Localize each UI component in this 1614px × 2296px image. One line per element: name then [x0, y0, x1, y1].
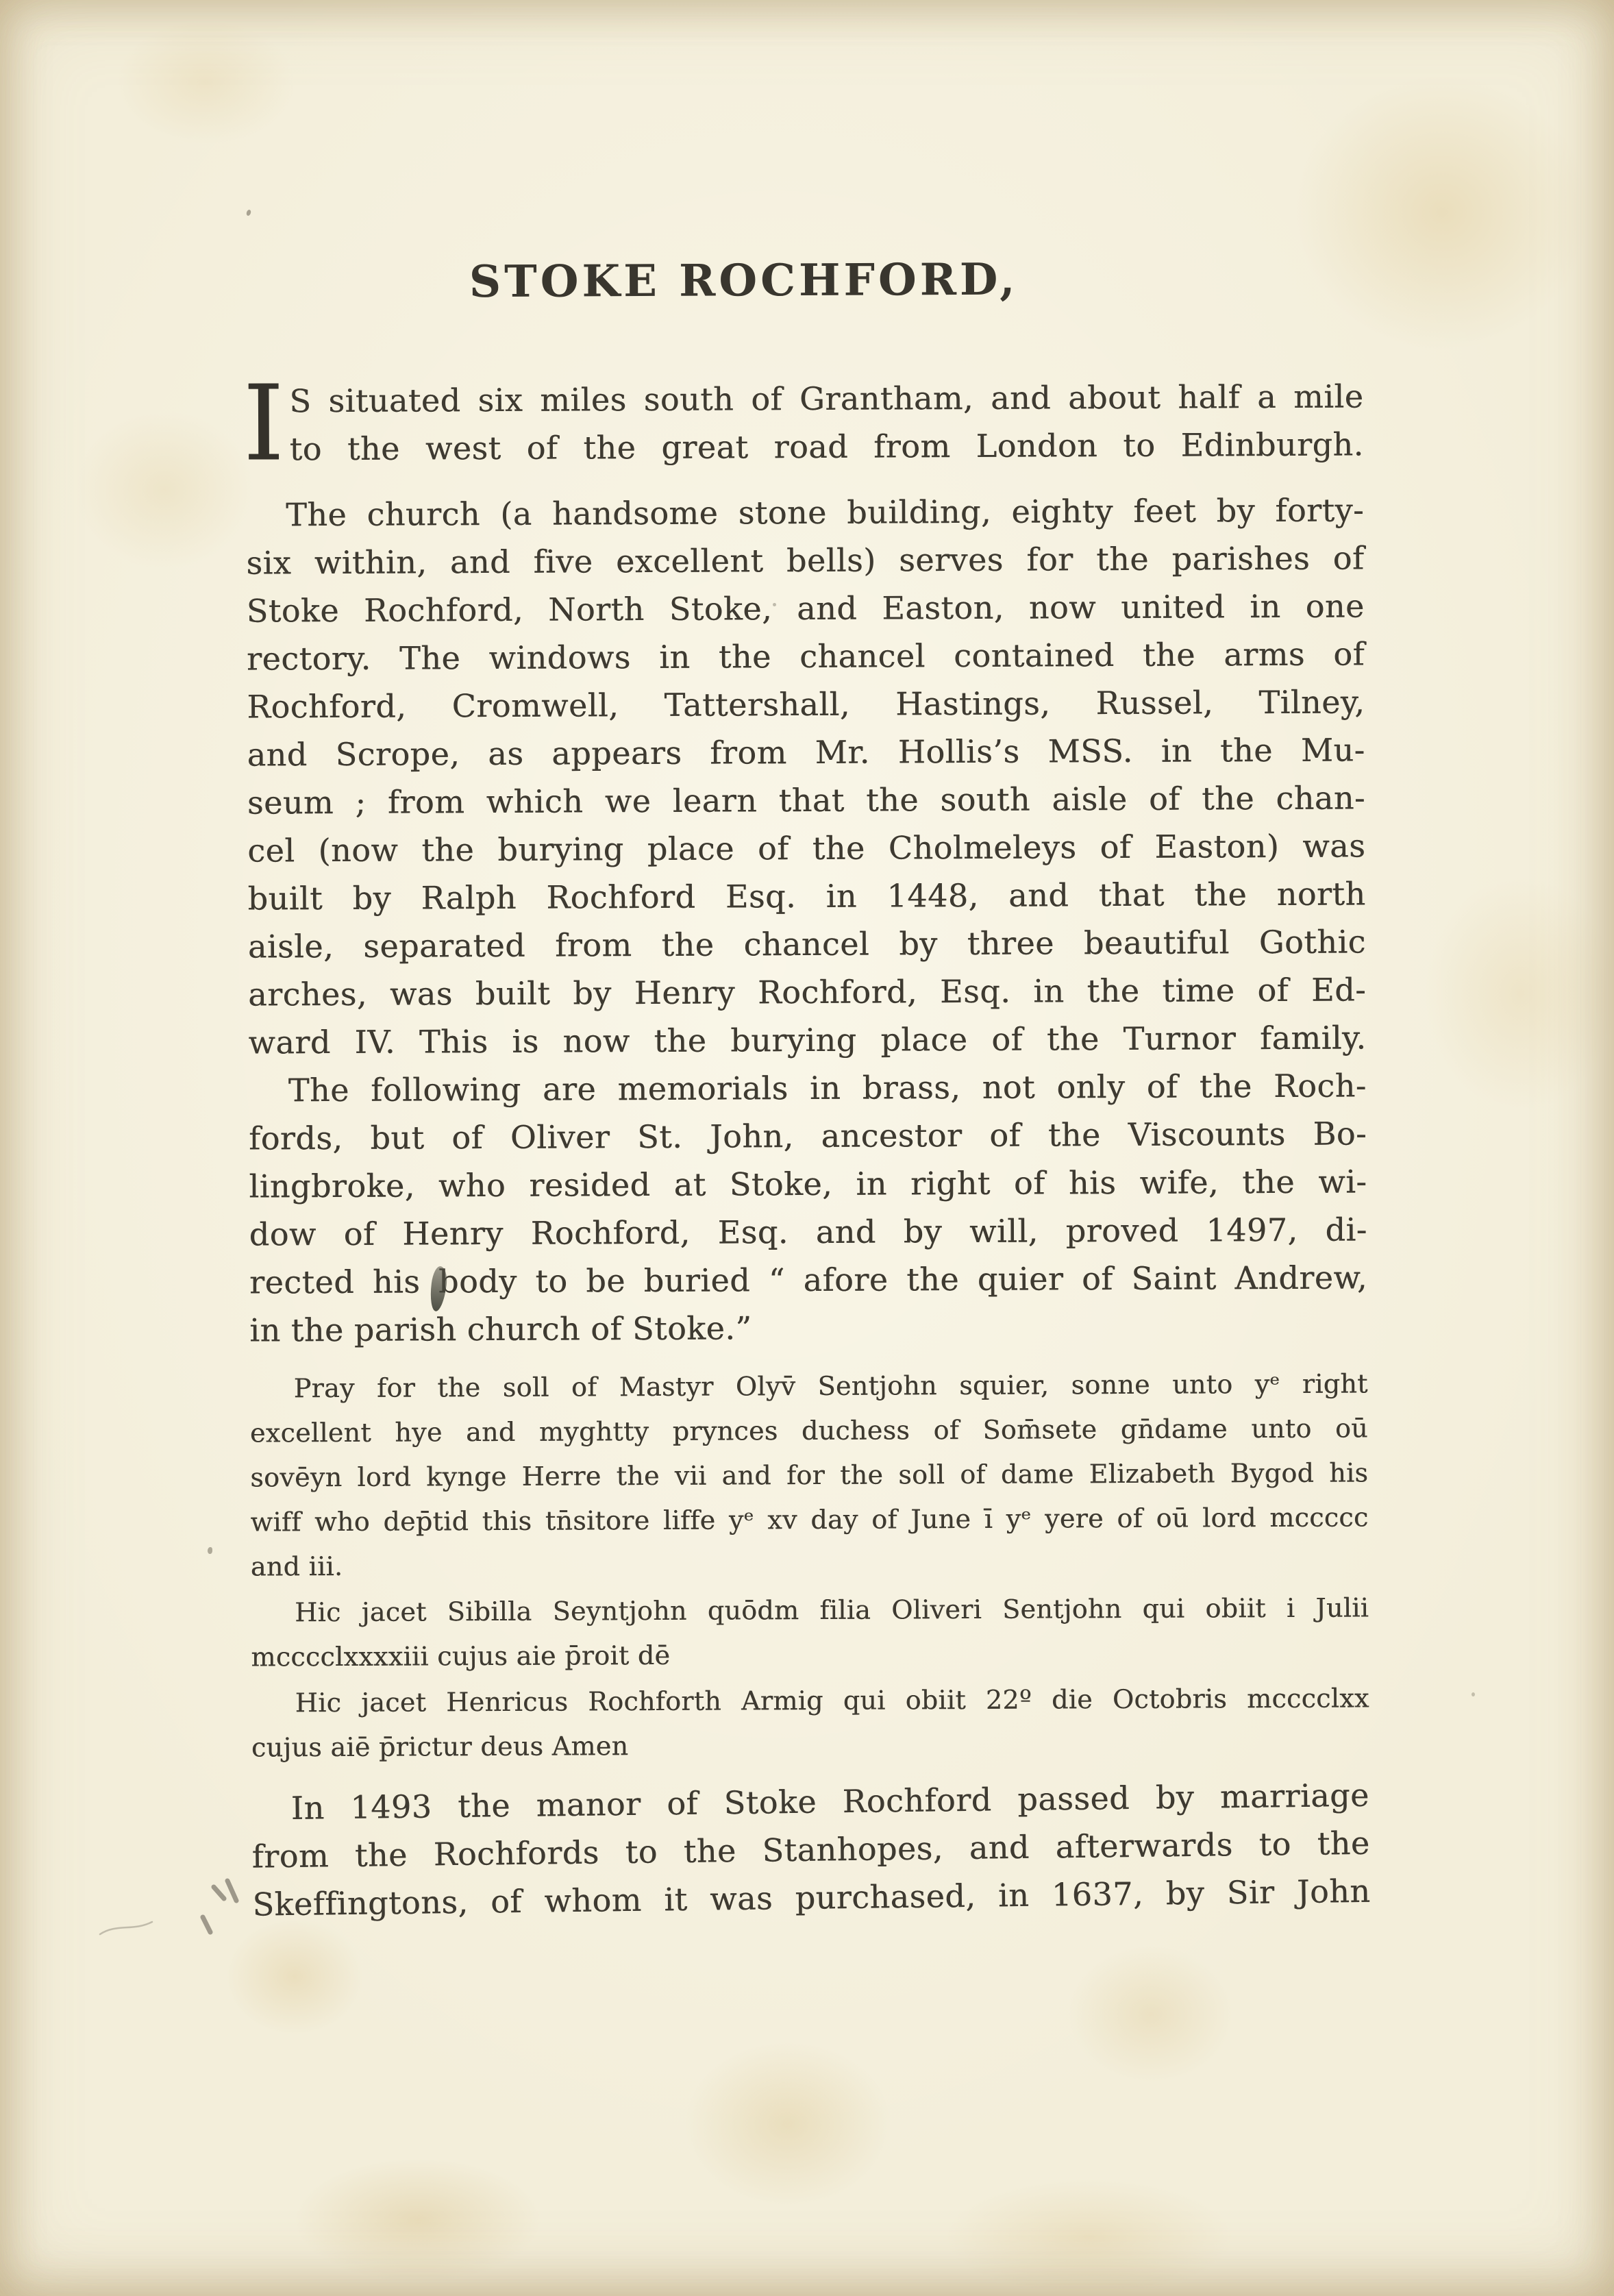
text-line: Hic jacet Henricus Rochforth Armig qui o…: [251, 1676, 1369, 1725]
text-line: and iii.: [251, 1540, 1369, 1589]
text-line: Rochford, Cromwell, Tattershall, Hasting…: [247, 678, 1365, 730]
text-line: and Scrope, as appears from Mr. Hollis’s…: [247, 726, 1365, 778]
text-line: six within, and five excellent bells) se…: [246, 534, 1364, 587]
text-line: in the parish church of Stoke.”: [249, 1301, 1367, 1354]
text-line: dow of Henry Rochford, Esq. and by will,…: [249, 1205, 1367, 1258]
text-line: The following are memorials in brass, no…: [249, 1061, 1367, 1114]
drop-cap: I: [243, 371, 284, 476]
pencil-annotation: [171, 1862, 267, 1958]
inscription-sibilla-seyntjohn: Hic jacet Sibilla Seyntjohn quōdm filia …: [251, 1585, 1369, 1679]
text-line: arches, was built by Henry Rochford, Esq…: [248, 965, 1366, 1018]
paper-stain: [1425, 877, 1614, 1110]
text-line: rected his body to be buried “ afore the…: [249, 1253, 1367, 1306]
text-line: excellent hye and myghtty prynces duches…: [250, 1406, 1368, 1455]
text-line: ward IV. This is now the burying place o…: [248, 1013, 1366, 1066]
hairline-mark: [96, 1915, 164, 1942]
paragraph-church: The church (a handsome stone building, e…: [246, 486, 1367, 1066]
text-line: S situated six miles south of Grantham, …: [289, 372, 1363, 425]
paper-stain: [75, 411, 253, 569]
text-line: to the west of the great road from Londo…: [290, 420, 1364, 473]
paper-speck: [1472, 1692, 1475, 1696]
text-line: built by Ralph Rochford Esq. in 1448, an…: [247, 869, 1365, 922]
text-line: rectory. The windows in the chancel cont…: [247, 630, 1365, 682]
text-line: Pray for the soll of Mastyr Olyv̄ Sentjo…: [250, 1361, 1368, 1411]
inscription-henricus-rochforth: Hic jacet Henricus Rochforth Armig qui o…: [251, 1676, 1370, 1770]
text-line: seum ; from which we learn that the sout…: [247, 774, 1365, 826]
paper-stain: [1069, 1946, 1233, 2083]
scanned-book-page: STOKE ROCHFORD, IS situated six miles so…: [0, 0, 1614, 2296]
paper-stain: [295, 2158, 541, 2282]
text-line: lingbroke, who resided at Stoke, in righ…: [249, 1157, 1367, 1210]
text-line: Hic jacet Sibilla Seyntjohn quōdm filia …: [251, 1585, 1369, 1635]
page-title: STOKE ROCHFORD,: [185, 253, 1303, 309]
text-line: fords, but of Oliver St. John, ancestor …: [249, 1109, 1367, 1162]
text-line: mcccclxxxxiii cujus aie p̄roit dē: [251, 1630, 1369, 1679]
paragraph-situation: IS situated six miles south of Grantham,…: [245, 372, 1364, 473]
paper-stain: [685, 2042, 891, 2206]
inscription-oliver-sentjohn: Pray for the soll of Mastyr Olyv̄ Sentjo…: [250, 1361, 1369, 1589]
text-line: The church (a handsome stone building, e…: [246, 486, 1364, 539]
text-line: cujus aiē p̄rictur deus Amen: [251, 1720, 1369, 1770]
paper-speck: [208, 1547, 212, 1554]
text-line: cel (now the burying place of the Cholme…: [247, 822, 1365, 874]
paragraph-manor-history: In 1493 the manor of Stoke Rochford pass…: [251, 1771, 1370, 1929]
paragraph-memorials: The following are memorials in brass, no…: [249, 1061, 1368, 1354]
paper-stain: [945, 2179, 1233, 2295]
text-line: wiff who dep̄tid this tn̄sitore liffe yᵉ…: [250, 1495, 1368, 1544]
text-line: Stoke Rochford, North Stoke, and Easton,…: [247, 582, 1365, 634]
text-line: aisle, separated from the chancel by thr…: [248, 917, 1366, 970]
text-line: sovēyn lord kynge Herre the vii and for …: [250, 1451, 1368, 1500]
text-block: STOKE ROCHFORD, IS situated six miles so…: [244, 0, 1370, 1925]
